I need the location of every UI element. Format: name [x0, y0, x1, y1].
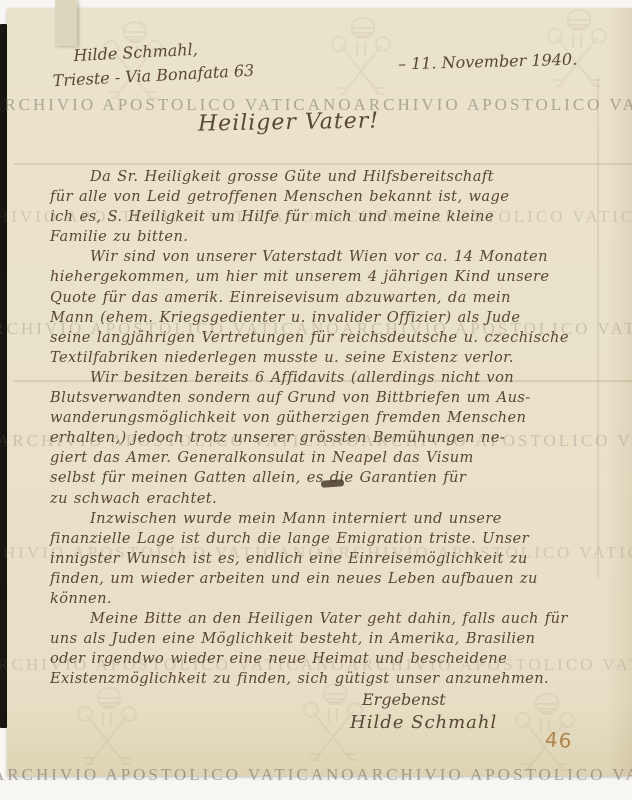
body-line: ich es, S. Heiligkeit um Hilfe für mich … — [50, 207, 610, 227]
letter-body: Da Sr. Heiligkeit grosse Güte und Hilfsb… — [50, 167, 610, 689]
body-line: Wir besitzen bereits 6 Affidavits (aller… — [50, 368, 610, 388]
body-line: Familie zu bitten. — [50, 227, 610, 247]
body-line: für alle von Leid getroffenen Menschen b… — [50, 187, 610, 207]
body-line: Textilfabriken niederlegen musste u. sei… — [50, 348, 610, 368]
salutation: Heiliger Vater! — [198, 108, 380, 136]
body-line: giert das Amer. Generalkonsulat in Neape… — [50, 448, 610, 468]
paragraph: Wir besitzen bereits 6 Affidavits (aller… — [50, 368, 610, 509]
body-line: finanzielle Lage ist durch die lange Emi… — [50, 529, 610, 549]
archive-watermark-text: ARCHIVIO APOSTOLICO VATICANOARCHIVIO APO… — [0, 765, 632, 785]
body-line: Inzwischen wurde mein Mann interniert un… — [50, 509, 610, 529]
paragraph: Da Sr. Heiligkeit grosse Güte und Hilfsb… — [50, 167, 610, 247]
fold-crease — [14, 163, 632, 165]
body-line: zu schwach erachtet. — [50, 489, 610, 509]
mounting-tab — [55, 0, 77, 46]
closing: Ergebenst — [362, 690, 446, 709]
body-line: uns als Juden eine Möglichkeit besteht, … — [50, 629, 610, 649]
papal-emblem-watermark-icon — [323, 16, 399, 102]
papal-emblem-watermark-icon — [69, 686, 151, 778]
page-number: 46 — [544, 727, 573, 753]
body-line: innigster Wunsch ist es, endlich eine Ei… — [50, 549, 610, 569]
body-line: Meine Bitte an den Heiligen Vater geht d… — [50, 609, 610, 629]
body-line: seine langjährigen Vertretungen für reic… — [50, 328, 610, 348]
body-line: wanderungsmöglichkeit von gütherzigen fr… — [50, 408, 610, 428]
body-line: oder irgendwo wieder eine neue Heimat un… — [50, 649, 610, 669]
binding-edge — [0, 24, 7, 728]
body-line: Blutsverwandten sondern auf Grund von Bi… — [50, 388, 610, 408]
paragraph: Inzwischen wurde mein Mann interniert un… — [50, 509, 610, 609]
body-line: Quote für das amerik. Einreisevisum abzu… — [50, 288, 610, 308]
body-line: finden, um wieder arbeiten und ein neues… — [50, 569, 610, 589]
paragraph: Wir sind von unserer Vaterstadt Wien vor… — [50, 247, 610, 368]
signature: Hilde Schmahl — [350, 712, 497, 733]
body-line: Existenzmöglichkeit zu finden, sich güti… — [50, 669, 610, 689]
body-line: erhalten,) jedoch trotz unserer grössten… — [50, 428, 610, 448]
body-line: können. — [50, 589, 610, 609]
body-line: Da Sr. Heiligkeit grosse Güte und Hilfsb… — [50, 167, 610, 187]
body-line: hiehergekommen, um hier mit unserem 4 jä… — [50, 267, 610, 287]
body-line: Wir sind von unserer Vaterstadt Wien vor… — [50, 247, 610, 267]
body-line: Mann (ehem. Kriegsgedienter u. invalider… — [50, 308, 610, 328]
paragraph: Meine Bitte an den Heiligen Vater geht d… — [50, 609, 610, 689]
